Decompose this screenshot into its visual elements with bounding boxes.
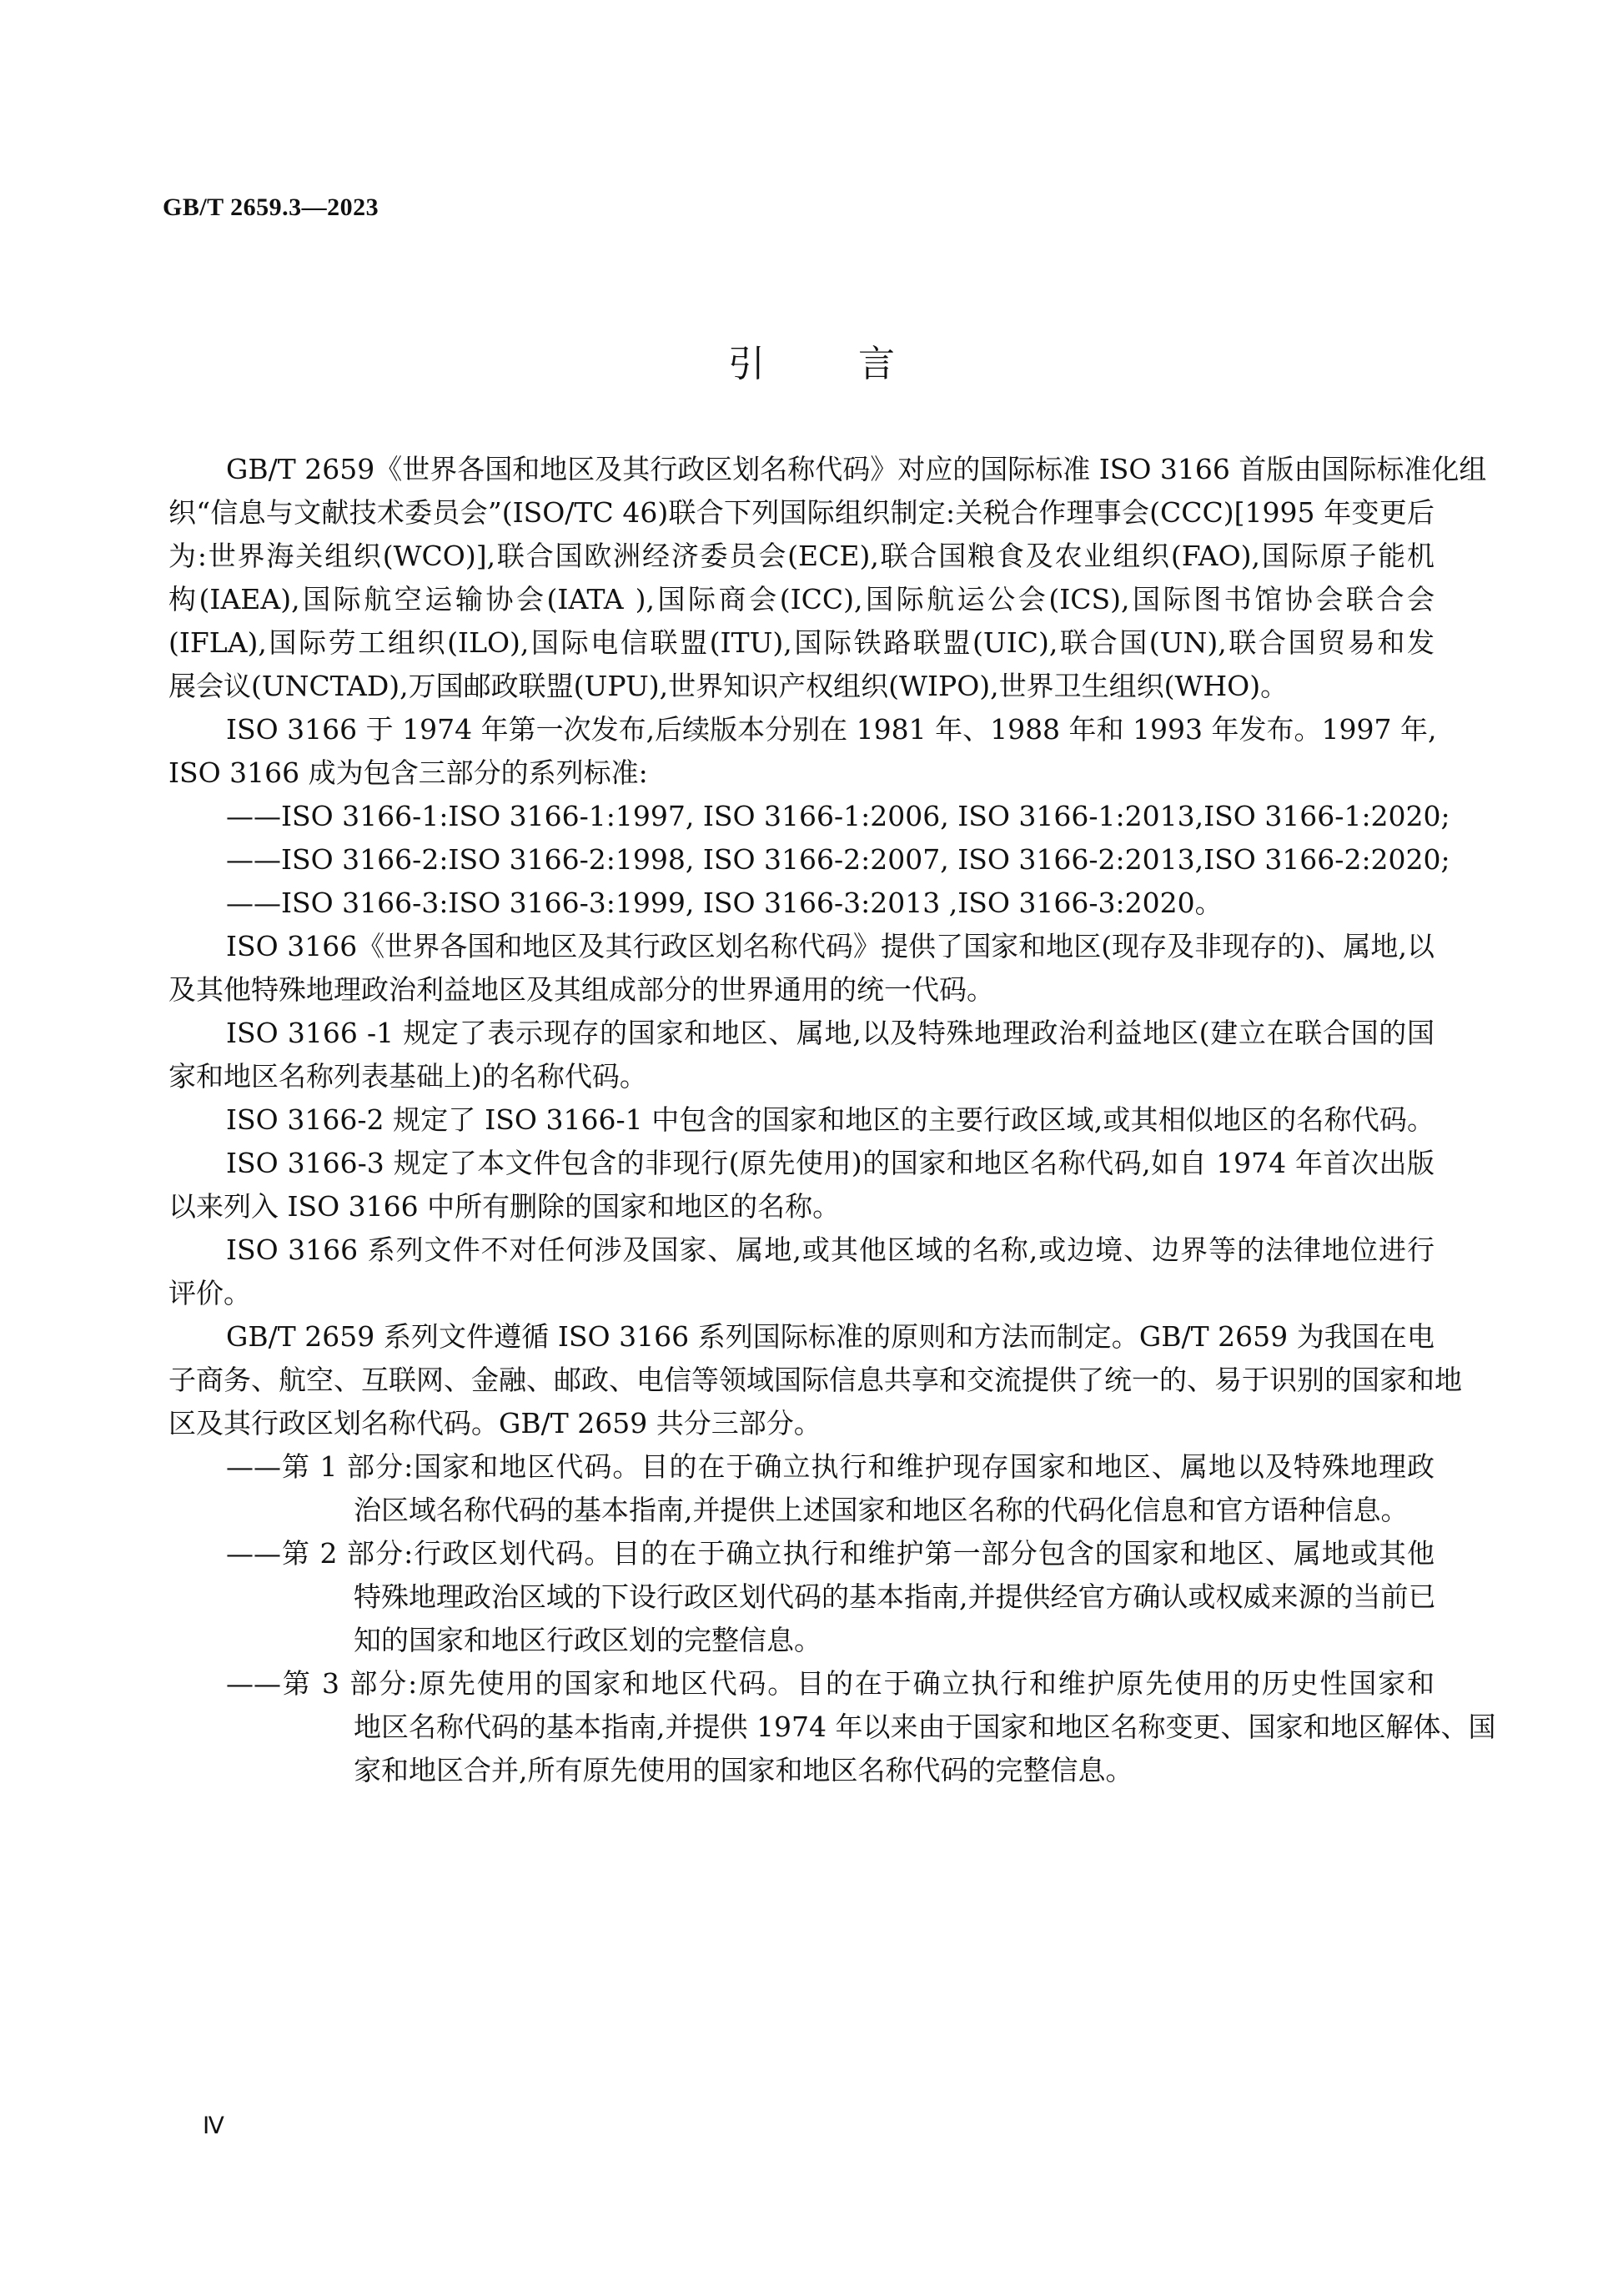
paragraph-line: ISO 3166-2 规定了 ISO 3166-1 中包含的国家和地区的主要行政…	[168, 1098, 1435, 1142]
list-item-continuation-line: 治区域名称代码的基本指南,并提供上述国家和地区名称的代码化信息和官方语种信息。	[168, 1489, 1435, 1532]
paragraph-line: 子商务、航空、互联网、金融、邮政、电信等领域国际信息共享和交流提供了统一的、易于…	[168, 1359, 1435, 1402]
paragraph-line: ISO 3166 于 1974 年第一次发布,后续版本分别在 1981 年、19…	[168, 708, 1435, 751]
paragraph-line: 构(IAEA),国际航空运输协会(IATA ),国际商会(ICC),国际航运公会…	[168, 578, 1435, 621]
paragraph-line: ISO 3166《世界各国和地区及其行政区划名称代码》提供了国家和地区(现存及非…	[168, 925, 1435, 968]
list-item-line: ——ISO 3166-1:ISO 3166-1:1997, ISO 3166-1…	[168, 795, 1435, 838]
title-char-1: 引	[728, 334, 765, 387]
paragraph-line: ISO 3166 系列文件不对任何涉及国家、属地,或其他区域的名称,或边境、边界…	[168, 1228, 1435, 1272]
paragraph-line: 评价。	[168, 1272, 1435, 1315]
paragraph-line: GB/T 2659《世界各国和地区及其行政区划名称代码》对应的国际标准 ISO …	[168, 448, 1435, 491]
list-item-line: ——ISO 3166-3:ISO 3166-3:1999, ISO 3166-3…	[168, 882, 1435, 925]
standard-number-header: GB/T 2659.3—2023	[163, 193, 379, 222]
paragraph-line: 家和地区名称列表基础上)的名称代码。	[168, 1055, 1435, 1098]
list-item-line: ——ISO 3166-2:ISO 3166-2:1998, ISO 3166-2…	[168, 838, 1435, 882]
list-item-continuation-line: 家和地区合并,所有原先使用的国家和地区名称代码的完整信息。	[168, 1749, 1435, 1792]
list-item-continuation-line: 特殊地理政治区域的下设行政区划代码的基本指南,并提供经官方确认或权威来源的当前已	[168, 1575, 1435, 1619]
paragraph-line: (IFLA),国际劳工组织(ILO),国际电信联盟(ITU),国际铁路联盟(UI…	[168, 621, 1435, 665]
paragraph-line: 以来列入 ISO 3166 中所有删除的国家和地区的名称。	[168, 1185, 1435, 1228]
paragraph-line: ISO 3166-3 规定了本文件包含的非现行(原先使用)的国家和地区名称代码,…	[168, 1142, 1435, 1185]
list-item-line: ——第 1 部分:国家和地区代码。目的在于确立执行和维护现存国家和地区、属地以及…	[168, 1445, 1435, 1489]
introduction-body: GB/T 2659《世界各国和地区及其行政区划名称代码》对应的国际标准 ISO …	[168, 448, 1435, 1792]
paragraph-line: 织“信息与文献技术委员会”(ISO/TC 46)联合下列国际组织制定:关税合作理…	[168, 491, 1435, 535]
paragraph-line: ISO 3166 -1 规定了表示现存的国家和地区、属地,以及特殊地理政治利益地…	[168, 1012, 1435, 1055]
list-item-continuation-line: 地区名称代码的基本指南,并提供 1974 年以来由于国家和地区名称变更、国家和地…	[168, 1706, 1435, 1749]
paragraph-line: ISO 3166 成为包含三部分的系列标准:	[168, 751, 1435, 795]
list-item-continuation-line: 知的国家和地区行政区划的完整信息。	[168, 1619, 1435, 1662]
paragraph-line: 为:世界海关组织(WCO)],联合国欧洲经济委员会(ECE),联合国粮食及农业组…	[168, 535, 1435, 578]
paragraph-line: 区及其行政区划名称代码。GB/T 2659 共分三部分。	[168, 1402, 1435, 1445]
list-item-line: ——第 2 部分:行政区划代码。目的在于确立执行和维护第一部分包含的国家和地区、…	[168, 1532, 1435, 1575]
paragraph-line: 及其他特殊地理政治利益地区及其组成部分的世界通用的统一代码。	[168, 968, 1435, 1012]
page-number: Ⅳ	[203, 2112, 224, 2140]
list-item-line: ——第 3 部分:原先使用的国家和地区代码。目的在于确立执行和维护原先使用的历史…	[168, 1662, 1435, 1706]
title-char-2: 言	[858, 334, 895, 387]
page-title: 引言	[0, 334, 1623, 387]
paragraph-line: 展会议(UNCTAD),万国邮政联盟(UPU),世界知识产权组织(WIPO),世…	[168, 665, 1435, 708]
paragraph-line: GB/T 2659 系列文件遵循 ISO 3166 系列国际标准的原则和方法而制…	[168, 1315, 1435, 1359]
